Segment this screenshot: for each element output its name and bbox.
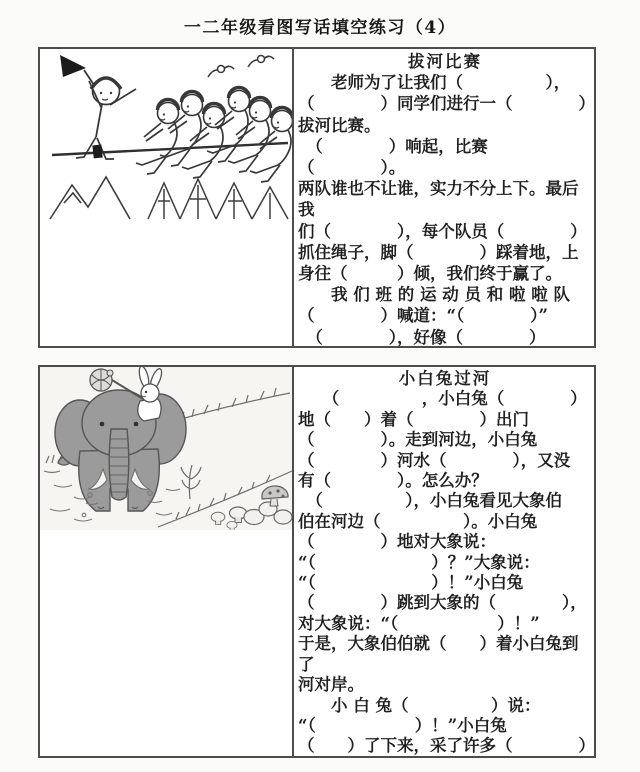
exercise1-image-cell: [40, 49, 294, 346]
fill-blank-line: 拔河比赛。: [298, 115, 592, 136]
fill-blank-line: 老师为了让我们（ ），: [298, 72, 592, 93]
pulling-kids: [136, 88, 292, 183]
fill-blank-line: 有（ ）。怎么办？: [298, 471, 592, 491]
page-title: 一二年级看图写话填空练习（4）: [0, 13, 640, 38]
rope-marker: [92, 145, 102, 159]
fill-blank-line: 们（ ），每个队员（ ）: [298, 221, 592, 242]
fill-blank-line: （ ）同学们进行一（ ）: [298, 93, 592, 114]
fill-blank-line: （ ，小白兔（ ）: [298, 389, 592, 409]
bird-icon: [208, 66, 234, 78]
fill-blank-line: 伯在河边（ ）。小白兔: [298, 512, 592, 532]
fill-blank-line: 我 们 班 的 运 动 员 和 啦 啦 队: [298, 284, 592, 305]
fill-blank-line: （ ）了下来，采了许多（ ）: [298, 736, 592, 756]
fill-blank-line: 小 白 兔（ ）说：: [298, 696, 592, 716]
exercise2-text-cell: 小白兔过河 （ ，小白兔（ ） 地（ ）着（ ）出门 （ ）。走到河边，小白兔 …: [294, 367, 594, 756]
fill-blank-line: （ ）地对大象说：: [298, 532, 592, 552]
fill-blank-line: 身往（ ）倾，我们终于赢了。: [298, 263, 592, 284]
fill-blank-line: （ ）。走到河边，小白兔: [298, 430, 592, 450]
trees: [148, 179, 288, 219]
fill-blank-line: （ ）喊道：“（ ）”: [298, 305, 592, 326]
exercise1-title: 拔河比赛: [298, 51, 592, 72]
bird-icon: [248, 56, 274, 68]
fill-blank-line: “（ ）！”小白兔: [298, 716, 592, 736]
rabbit-elephant-illustration: [40, 367, 292, 530]
flag-icon: [60, 55, 86, 77]
exercise2-image-cell: [40, 367, 294, 756]
fill-blank-line: 河对岸。: [298, 675, 592, 695]
fill-blank-line: （ ）河水（ ），又没: [298, 451, 592, 471]
referee-figure: [60, 55, 136, 159]
elephant-eye: [100, 422, 105, 427]
elephant-eye: [134, 422, 139, 427]
fill-blank-line: 于是，大象伯伯就（ ）着小白兔到了: [298, 634, 592, 675]
tug-of-war-illustration: [40, 49, 292, 225]
fill-blank-line: 地（ ）着（ ）出门: [298, 410, 592, 430]
exercise1-text-cell: 拔河比赛 老师为了让我们（ ）， （ ）同学们进行一（ ） 拔河比赛。 （ ）响…: [294, 49, 594, 346]
fill-blank-line: （ ），好像（ ）: [298, 327, 592, 346]
rabbit-head: [141, 384, 159, 402]
mountains: [50, 177, 130, 219]
exercise2-panel: 小白兔过河 （ ，小白兔（ ） 地（ ）着（ ）出门 （ ）。走到河边，小白兔 …: [38, 365, 596, 758]
fill-blank-line: “（ ）？”大象说：: [298, 553, 592, 573]
fill-blank-line: 两队谁也不让谁，实力不分上下。最后我: [298, 178, 592, 220]
fill-blank-line: 抓住绳子，脚（ ）踩着地，上: [298, 242, 592, 263]
fill-blank-line: （ ）跳到大象的（ ），: [298, 593, 592, 613]
fill-blank-line: “（ ）！”小白兔: [298, 573, 592, 593]
elephant-trunk: [109, 429, 129, 500]
fill-blank-line: （ ）响起，比赛（ ）。: [298, 136, 592, 178]
exercise2-title: 小白兔过河: [298, 369, 592, 389]
exercise1-panel: 拔河比赛 老师为了让我们（ ）， （ ）同学们进行一（ ） 拔河比赛。 （ ）响…: [38, 47, 596, 348]
fill-blank-line: 对大象说：“（ ）！”: [298, 614, 592, 634]
fill-blank-line: （ ），小白兔看见大象伯: [298, 491, 592, 511]
rope: [52, 143, 288, 155]
